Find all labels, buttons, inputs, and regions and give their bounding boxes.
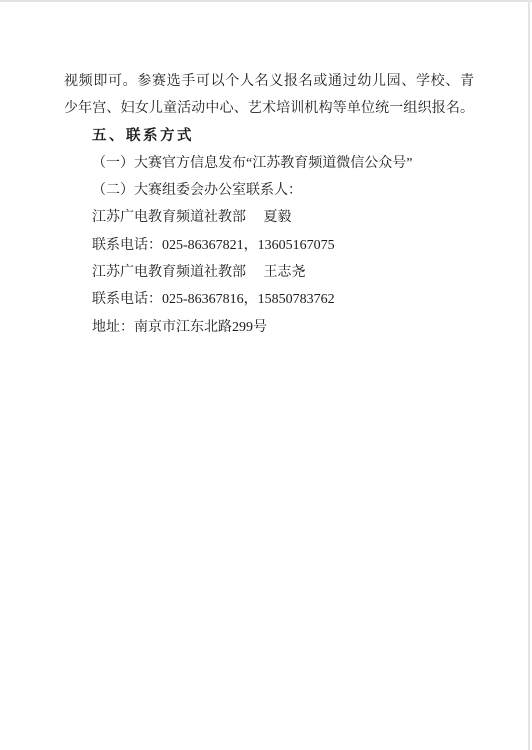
- page-edge-top-line: [0, 0, 532, 2]
- contact-address-line: 地址：南京市江东北路299号: [64, 314, 474, 341]
- paragraph-line: 视频即可。参赛选手可以个人名义报名或通过幼儿园、学校、青: [64, 68, 474, 95]
- section-heading: 五、联系方式: [64, 123, 474, 150]
- page-edge-right-line: [528, 0, 530, 750]
- document-text-block: 视频即可。参赛选手可以个人名义报名或通过幼儿园、学校、青 少年宫、妇女儿童活动中…: [64, 68, 474, 341]
- paragraph-line: 少年宫、妇女儿童活动中心、艺术培训机构等单位统一组织报名。: [64, 95, 474, 122]
- list-item-committee-contacts: （二）大赛组委会办公室联系人：: [64, 177, 474, 204]
- contact-name-line: 江苏广电教育频道社教部 夏毅: [64, 204, 474, 231]
- contact-phone-line: 联系电话：025-86367821，13605167075: [64, 232, 474, 259]
- list-item-official-info: （一）大赛官方信息发布“江苏教育频道微信公众号”: [64, 150, 474, 177]
- contact-name-line: 江苏广电教育频道社教部 王志尧: [64, 259, 474, 286]
- contact-phone-line: 联系电话：025-86367816，15850783762: [64, 286, 474, 313]
